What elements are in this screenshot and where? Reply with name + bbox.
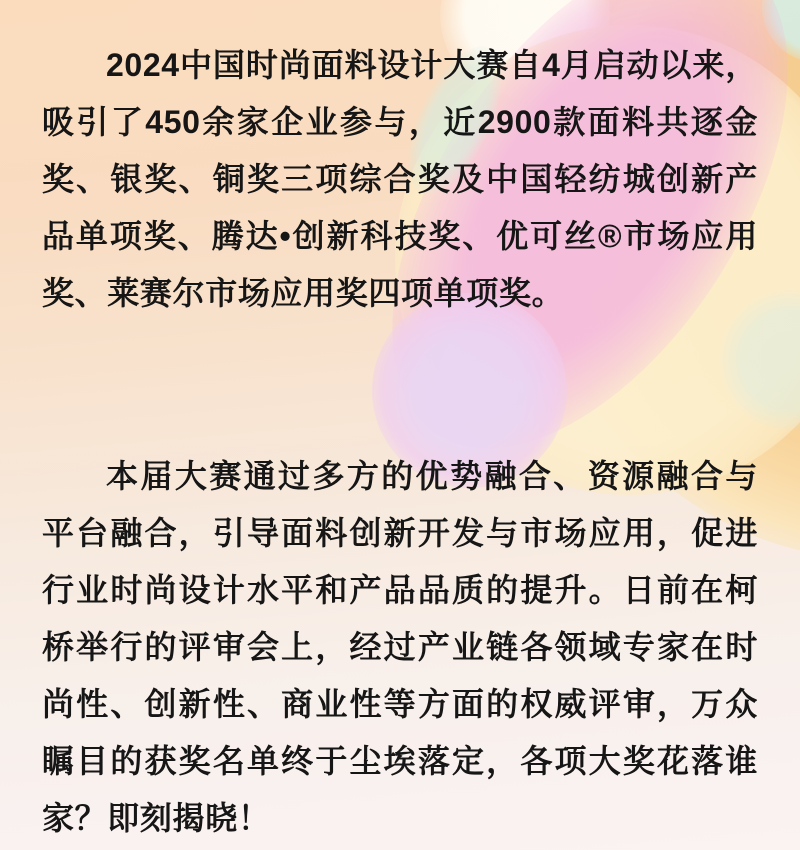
article-page: 2024中国时尚面料设计大赛自4月启动以来，吸引了450余家企业参与，近2900…: [0, 0, 800, 850]
article-body: 2024中国时尚面料设计大赛自4月启动以来，吸引了450余家企业参与，近2900…: [0, 0, 800, 850]
paragraph-review-announcement: 本届大赛通过多方的优势融合、资源融合与平台融合，引导面料创新开发与市场应用，促进…: [42, 448, 758, 847]
paragraph-competition-intro: 2024中国时尚面料设计大赛自4月启动以来，吸引了450余家企业参与，近2900…: [42, 37, 758, 322]
